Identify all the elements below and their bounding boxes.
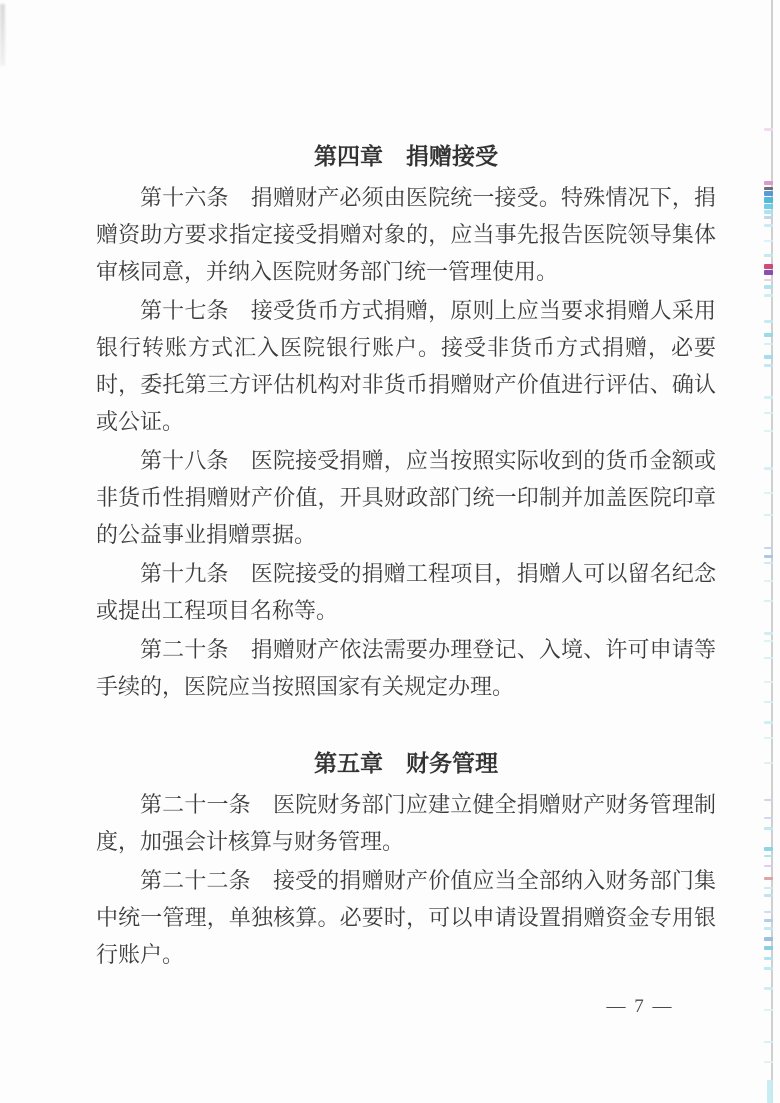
article-17-paragraph: 第十七条 接受货币方式捐赠，原则上应当要求捐赠人采用银行转账方式汇入医院银行账户… xyxy=(96,292,716,440)
article-22-paragraph: 第二十二条 接受的捐赠财产价值应当全部纳入财务部门集中统一管理，单独核算。必要时… xyxy=(96,862,716,973)
chapter-5-section: 第五章 财务管理 第二十一条 医院财务部门应建立健全捐赠财产财务管理制度，加强会… xyxy=(96,745,716,973)
article-20-paragraph: 第二十条 捐赠财产依法需要办理登记、入境、许可申请等手续的，医院应当按照国家有关… xyxy=(96,631,716,705)
scan-edge-line xyxy=(771,0,773,1103)
scanned-document-page: 第四章 捐赠接受 第十六条 捐赠财产必须由医院统一接受。特殊情况下，捐赠资助方要… xyxy=(0,0,780,1103)
article-18-paragraph: 第十八条 医院接受捐赠，应当按照实际收到的货币金额或非货币性捐赠财产价值，开具财… xyxy=(96,442,716,553)
page-number: — 7 — xyxy=(580,996,700,1018)
article-16-paragraph: 第十六条 捐赠财产必须由医院统一接受。特殊情况下，捐赠资助方要求指定接受捐赠对象… xyxy=(96,179,716,290)
document-body: 第四章 捐赠接受 第十六条 捐赠财产必须由医院统一接受。特殊情况下，捐赠资助方要… xyxy=(96,138,716,973)
chapter-4-section: 第四章 捐赠接受 第十六条 捐赠财产必须由医院统一接受。特殊情况下，捐赠资助方要… xyxy=(96,138,716,705)
chapter-4-heading: 第四章 捐赠接受 xyxy=(96,138,716,175)
chapter-5-heading: 第五章 财务管理 xyxy=(96,745,716,782)
scan-edge-smudge xyxy=(0,4,5,66)
article-19-paragraph: 第十九条 医院接受的捐赠工程项目，捐赠人可以留名纪念或提出工程项目名称等。 xyxy=(96,555,716,629)
article-21-paragraph: 第二十一条 医院财务部门应建立健全捐赠财产财务管理制度，加强会计核算与财务管理。 xyxy=(96,786,716,860)
